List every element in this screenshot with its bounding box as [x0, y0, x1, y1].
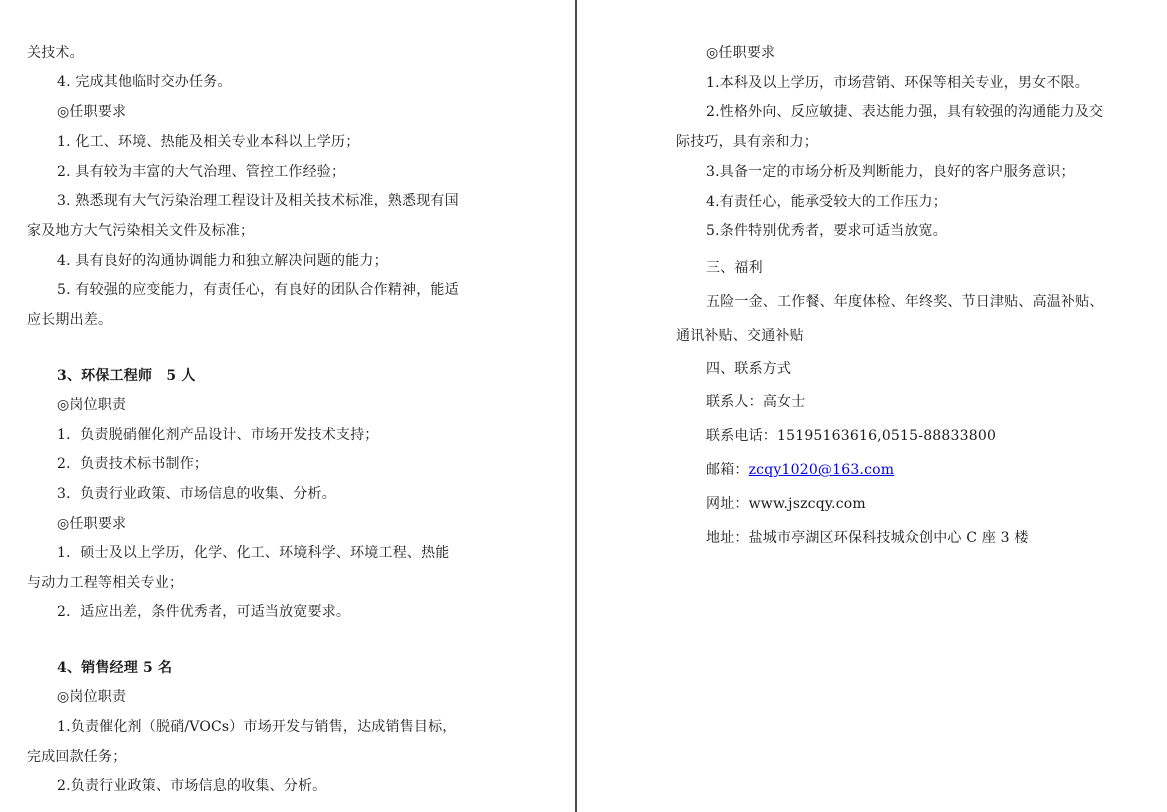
text-line: 4. 具有良好的沟通协调能力和独立解决问题的能力；: [57, 252, 388, 270]
email-link[interactable]: zcqy1020@163.com: [749, 462, 895, 478]
right-page: 联系人：高女士 联系电话：15195163616,0515-88833800 邮…: [577, 0, 1167, 812]
contact-email: 邮箱：zcqy1020@163.com: [706, 461, 894, 479]
text-line: 四、联系方式: [706, 360, 791, 378]
section-heading: 4、销售经理 5 名: [57, 659, 172, 677]
text-line: 2.负责行业政策、市场信息的收集、分析。: [57, 777, 326, 795]
text-line: 5. 有较强的应变能力，有责任心，有良好的团队合作精神，能适: [57, 281, 459, 299]
text-line: 1.负责催化剂（脱硝/VOCs）市场开发与销售，达成销售目标，: [57, 718, 457, 736]
contact-address: 地址：盐城市亭湖区环保科技城众创中心 C 座 3 楼: [706, 529, 1029, 547]
contact-email-label: 邮箱：: [706, 462, 749, 478]
text-line: ◎岗位职责: [57, 396, 126, 414]
contact-person: 联系人：高女士: [706, 393, 805, 411]
text-line: 3.具备一定的市场分析及判断能力，良好的客户服务意识；: [706, 163, 1075, 181]
text-line: 应长期出差。: [27, 311, 112, 329]
text-line: 1．负责脱硝催化剂产品设计、市场开发技术支持；: [57, 426, 379, 444]
text-line: ◎任职要求: [57, 103, 126, 121]
text-line: 1.本科及以上学历，市场营销、环保等相关专业，男女不限。: [706, 74, 1089, 92]
section-heading: 3、环保工程师 5 人: [57, 367, 196, 385]
left-page: 关技术。4. 完成其他临时交办任务。◎任职要求1. 化工、环境、热能及相关专业本…: [0, 0, 575, 812]
text-line: 家及地方大气污染相关文件及标准；: [27, 222, 254, 240]
text-line: 3．负责行业政策、市场信息的收集、分析。: [57, 485, 336, 503]
text-line: 3. 熟悉现有大气污染治理工程设计及相关技术标准，熟悉现有国: [57, 192, 459, 210]
text-line: 三、福利: [706, 259, 763, 277]
contact-website: 网址：www.jszcqy.com: [706, 495, 866, 513]
text-line: ◎任职要求: [57, 515, 126, 533]
text-line: 际技巧，具有亲和力；: [676, 133, 818, 151]
contact-phone-label: 联系电话：: [706, 428, 777, 444]
text-line: 2.性格外向、反应敏捷、表达能力强，具有较强的沟通能力及交: [706, 103, 1103, 121]
text-line: 2．负责技术标书制作；: [57, 455, 208, 473]
contact-address-value: 盐城市亭湖区环保科技城众创中心 C 座 3 楼: [749, 530, 1029, 546]
text-line: 5.条件特别优秀者，要求可适当放宽。: [706, 222, 947, 240]
contact-address-label: 地址：: [706, 530, 749, 546]
text-line: ◎岗位职责: [57, 688, 126, 706]
text-line: 2．适应出差，条件优秀者，可适当放宽要求。: [57, 603, 350, 621]
contact-phone: 联系电话：15195163616,0515-88833800: [706, 427, 996, 445]
text-line: 关技术。: [27, 44, 84, 62]
text-line: 完成回款任务；: [27, 748, 126, 766]
text-line: 与动力工程等相关专业；: [27, 574, 183, 592]
text-line: 4. 完成其他临时交办任务。: [57, 73, 232, 91]
text-line: 通讯补贴、交通补贴: [676, 327, 804, 345]
contact-person-label: 联系人：: [706, 394, 763, 410]
contact-website-value: www.jszcqy.com: [749, 496, 866, 512]
contact-person-value: 高女士: [763, 394, 806, 410]
text-line: 1. 化工、环境、热能及相关专业本科以上学历；: [57, 133, 359, 151]
text-line: 2. 具有较为丰富的大气治理、管控工作经验；: [57, 163, 345, 181]
text-line: 1．硕士及以上学历，化学、化工、环境科学、环境工程、热能: [57, 544, 450, 562]
contact-phone-value: 15195163616,0515-88833800: [777, 428, 996, 444]
text-line: ◎任职要求: [706, 44, 775, 62]
contact-website-label: 网址：: [706, 496, 749, 512]
text-line: 4.有责任心，能承受较大的工作压力；: [706, 193, 947, 211]
text-line: 五险一金、工作餐、年度体检、年终奖、节日津贴、高温补贴、: [706, 293, 1104, 311]
